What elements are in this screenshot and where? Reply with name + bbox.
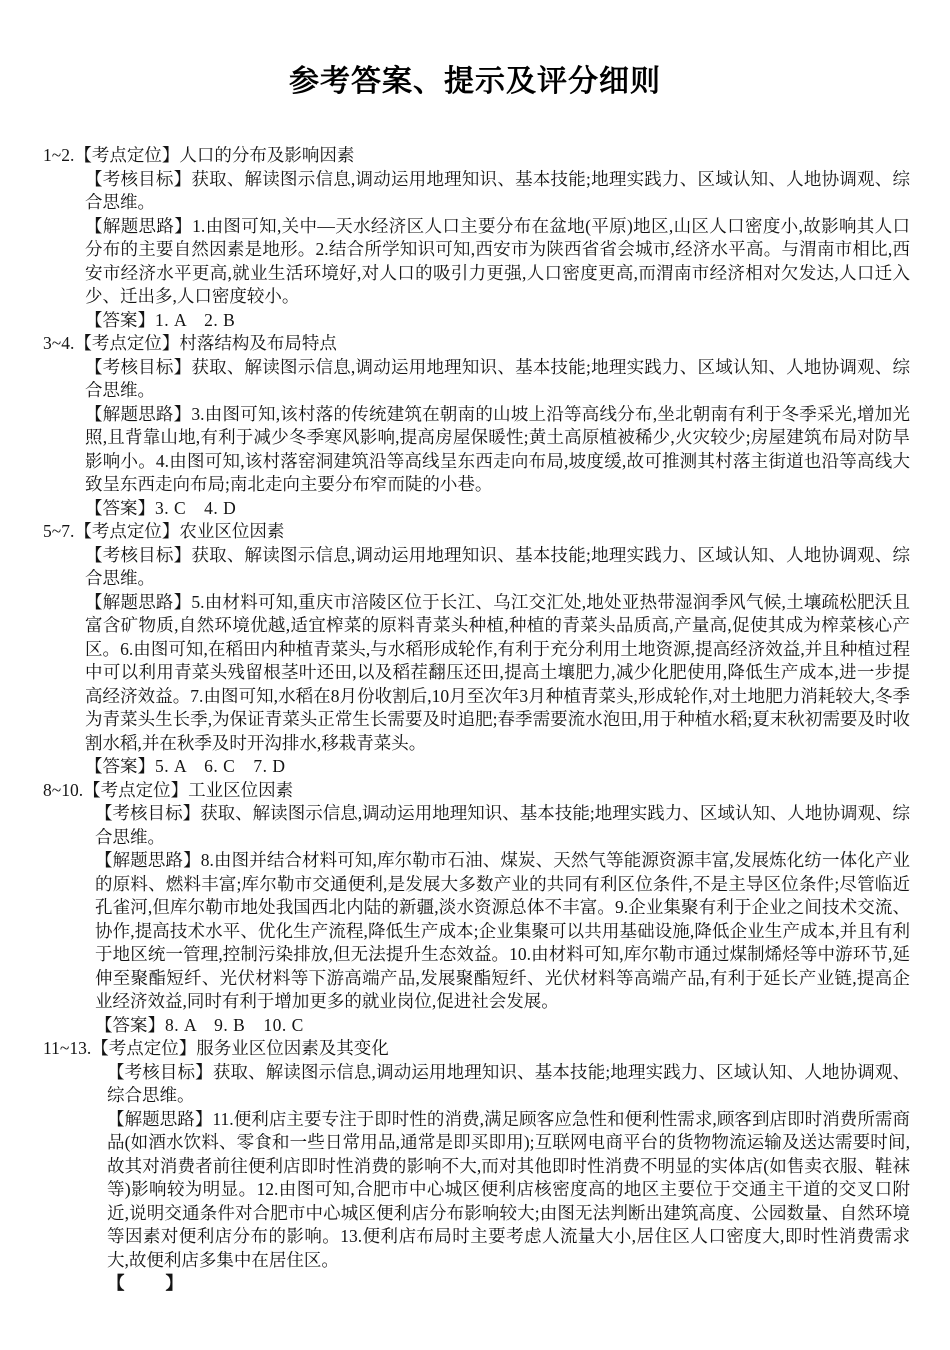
jieti-line: 【解题思路】11.便利店主要专注于即时性的消费,满足顾客应急性和便利性需求,顾客… [107,1108,910,1273]
question-range: 5~7. [43,521,74,541]
kaodian-label: 【考点定位】 [74,333,179,353]
kaohe-line: 【考核目标】获取、解读图示信息,调动运用地理知识、基本技能;地理实践力、区域认知… [85,356,910,403]
kaohe-label: 【考核目标】 [107,1062,213,1082]
kaohe-label: 【考核目标】 [85,545,191,565]
kaohe-text: 获取、解读图示信息,调动运用地理知识、基本技能;地理实践力、区域认知、人地协调观… [85,545,910,589]
jieti-text: 3.由图可知,该村落的传统建筑在朝南的山坡上沿等高线分布,坐北朝南有利于冬季采光… [85,404,910,495]
answer-line: 【答案】1. A 2. B [85,309,910,333]
kaodian-label: 【考点定位】 [91,1038,196,1058]
answer-section-8-10: 8~10.【考点定位】工业区位因素 【考核目标】获取、解读图示信息,调动运用地理… [43,779,910,1038]
kaodian-label: 【考点定位】 [83,780,188,800]
jieti-line: 【解题思路】3.由图可知,该村落的传统建筑在朝南的山坡上沿等高线分布,坐北朝南有… [85,403,910,497]
jieti-line: 【解题思路】8.由图并结合材料可知,库尔勒市石油、煤炭、天然气等能源资源丰富,发… [95,849,910,1014]
kaohe-line: 【考核目标】获取、解读图示信息,调动运用地理知识、基本技能;地理实践力、区域认知… [95,802,910,849]
kaodian-line: 8~10.【考点定位】工业区位因素 [95,779,910,803]
kaodian-line: 3~4.【考点定位】村落结构及布局特点 [85,332,910,356]
answer-key-content: 1~2.【考点定位】人口的分布及影响因素 【考核目标】获取、解读图示信息,调动运… [43,144,910,1296]
answer-section-11-13: 11~13.【考点定位】服务业区位因素及其变化 【考核目标】获取、解读图示信息,… [43,1037,910,1296]
kaodian-line: 11~13.【考点定位】服务业区位因素及其变化 [107,1037,910,1061]
answer-values: 3. C 4. D [155,498,236,518]
answer-label: 【答案】 [85,310,155,330]
kaodian-line: 5~7.【考点定位】农业区位因素 [85,520,910,544]
jieti-text: 1.由图可知,关中—天水经济区人口主要分布在盆地(平原)地区,山区人口密度小,故… [85,216,910,307]
answer-label: 【答案】 [85,498,155,518]
jieti-label: 【解题思路】 [85,216,192,236]
kaohe-text: 获取、解读图示信息,调动运用地理知识、基本技能;地理实践力、区域认知、人地协调观… [95,803,910,847]
kaohe-text: 获取、解读图示信息,调动运用地理知识、基本技能;地理实践力、区域认知、人地协调观… [85,169,910,213]
answer-section-3-4: 3~4.【考点定位】村落结构及布局特点 【考核目标】获取、解读图示信息,调动运用… [43,332,910,520]
answer-section-5-7: 5~7.【考点定位】农业区位因素 【考核目标】获取、解读图示信息,调动运用地理知… [43,520,910,779]
kaodian-text: 服务业区位因素及其变化 [196,1038,389,1058]
answer-values: 1. A 2. B [155,310,235,330]
kaohe-text: 获取、解读图示信息,调动运用地理知识、基本技能;地理实践力、区域认知、人地协调观… [85,357,910,401]
kaohe-line: 【考核目标】获取、解读图示信息,调动运用地理知识、基本技能;地理实践力、区域认知… [85,168,910,215]
answer-values: 5. A 6. C 7. D [155,756,285,776]
jieti-line: 【解题思路】1.由图可知,关中—天水经济区人口主要分布在盆地(平原)地区,山区人… [85,215,910,309]
answer-section-1-2: 1~2.【考点定位】人口的分布及影响因素 【考核目标】获取、解读图示信息,调动运… [43,144,910,332]
jieti-line: 【解题思路】5.由材料可知,重庆市涪陵区位于长江、乌江交汇处,地处亚热带湿润季风… [85,591,910,756]
kaohe-label: 【考核目标】 [95,803,200,823]
answer-key-page: 参考答案、提示及评分细则 1~2.【考点定位】人口的分布及影响因素 【考核目标】… [0,0,950,1350]
answer-line: 【答案】8. A 9. B 10. C [95,1014,910,1038]
kaodian-text: 农业区位因素 [179,521,284,541]
kaohe-line: 【考核目标】获取、解读图示信息,调动运用地理知识、基本技能;地理实践力、区域认知… [85,544,910,591]
kaodian-label: 【考点定位】 [74,145,179,165]
answer-label: 【答案】 [95,1015,165,1035]
empty-answer-bracket: 【 】 [107,1273,185,1293]
kaohe-text: 获取、解读图示信息,调动运用地理知识、基本技能;地理实践力、区域认知、人地协调观… [107,1062,910,1106]
jieti-label: 【解题思路】 [85,592,191,612]
question-range: 8~10. [43,780,83,800]
answer-line: 【答案】3. C 4. D [85,497,910,521]
question-range: 11~13. [43,1038,91,1058]
kaodian-text: 村落结构及布局特点 [179,333,337,353]
kaodian-text: 人口的分布及影响因素 [179,145,354,165]
jieti-text: 11.便利店主要专注于即时性的消费,满足顾客应急性和便利性需求,顾客到店即时消费… [107,1109,910,1270]
question-range: 3~4. [43,333,74,353]
question-range: 1~2. [43,145,74,165]
jieti-label: 【解题思路】 [95,850,201,870]
answer-values: 8. A 9. B 10. C [165,1015,304,1035]
kaodian-label: 【考点定位】 [74,521,179,541]
jieti-text: 8.由图并结合材料可知,库尔勒市石油、煤炭、天然气等能源资源丰富,发展炼化纺一体… [95,850,910,1011]
kaohe-label: 【考核目标】 [85,169,191,189]
kaohe-label: 【考核目标】 [85,357,191,377]
page-title: 参考答案、提示及评分细则 [0,0,950,100]
jieti-label: 【解题思路】 [107,1109,212,1129]
trailing-bracket-line: 【 】 [107,1272,910,1296]
kaodian-line: 1~2.【考点定位】人口的分布及影响因素 [85,144,910,168]
jieti-text: 5.由材料可知,重庆市涪陵区位于长江、乌江交汇处,地处亚热带湿润季风气候,土壤疏… [85,592,910,753]
jieti-label: 【解题思路】 [85,404,191,424]
kaohe-line: 【考核目标】获取、解读图示信息,调动运用地理知识、基本技能;地理实践力、区域认知… [107,1061,910,1108]
answer-line: 【答案】5. A 6. C 7. D [85,755,910,779]
answer-label: 【答案】 [85,756,155,776]
kaodian-text: 工业区位因素 [188,780,293,800]
